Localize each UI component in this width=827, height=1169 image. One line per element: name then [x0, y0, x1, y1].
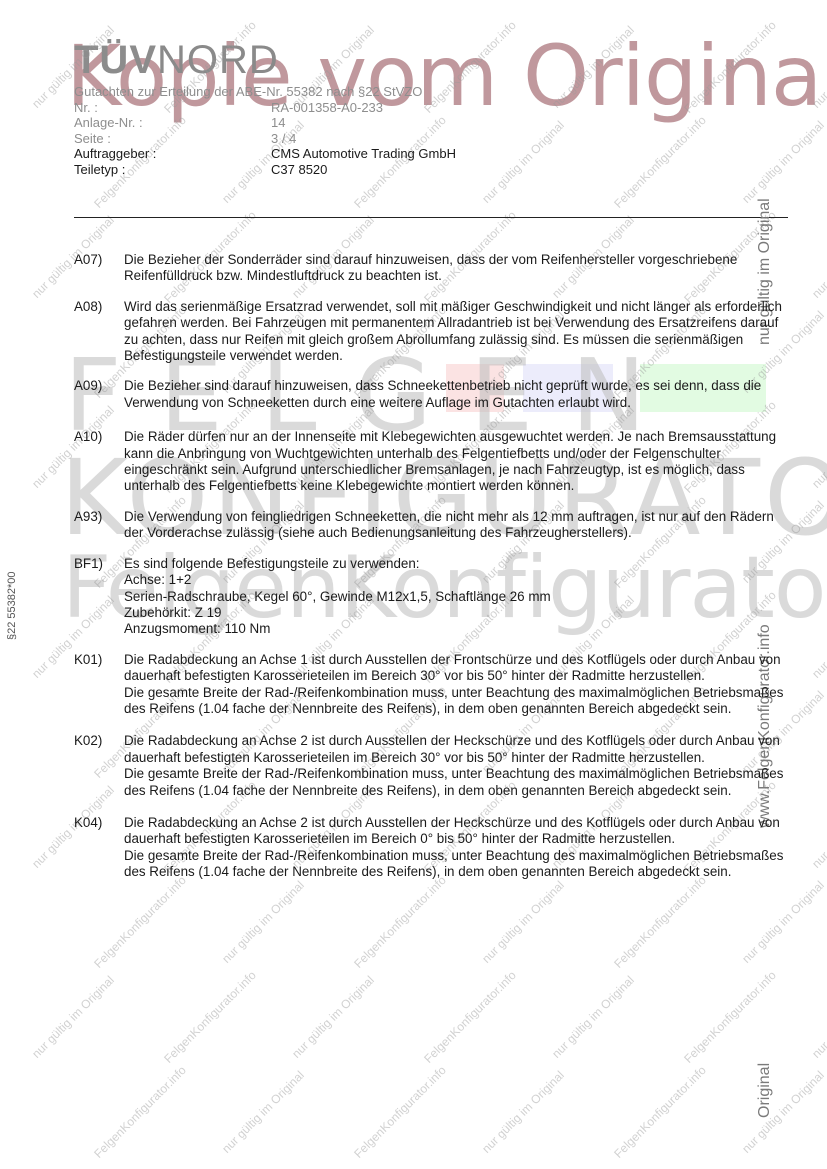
condition-code: K04) — [74, 815, 124, 881]
header-value: C37 8520 — [271, 162, 327, 178]
condition-code: A93) — [74, 509, 124, 542]
side-watermark-bottom: Original — [756, 1063, 774, 1118]
condition-text: Es sind folgende Befestigungsteile zu ve… — [124, 556, 790, 638]
condition-section: A93)Die Verwendung von feingliedrigen Sc… — [74, 509, 790, 542]
diagonal-watermark: nur gültig im Original — [289, 973, 377, 1061]
tuv-nord-logo: TÜVNORD — [74, 40, 279, 80]
diagonal-watermark: nur gültig im Original — [29, 973, 117, 1061]
diagonal-watermark: FelgenKonfigurator.info — [91, 873, 189, 971]
diagonal-watermark: FelgenKonfigurator.info — [351, 873, 449, 971]
header-value: 3 / 4 — [271, 131, 296, 147]
condition-text: Wird das serienmäßige Ersatzrad verwende… — [124, 299, 790, 365]
header-row: Seite :3 / 4 — [74, 131, 456, 147]
diagonal-watermark: nur gültig im Original — [809, 973, 827, 1061]
document-page: Kopie vom Original TÜVNORD Gutachten zur… — [0, 0, 827, 1169]
diagonal-watermark: nur gültig im Original — [479, 1068, 567, 1156]
header-row: Anlage-Nr. :14 — [74, 115, 456, 131]
diagonal-watermark: FelgenKonfigurator.info — [611, 113, 709, 211]
condition-code: K01) — [74, 652, 124, 718]
diagonal-watermark: nur gültig im Original — [739, 118, 827, 206]
diagonal-watermark: FelgenKonfigurator.info — [611, 1063, 709, 1161]
header-row: Teiletyp :C37 8520 — [74, 162, 456, 178]
diagonal-watermark: FelgenKonfigurator.info — [611, 873, 709, 971]
diagonal-watermark: FelgenKonfigurator.info — [421, 968, 519, 1066]
condition-section: K04)Die Radabdeckung an Achse 2 ist durc… — [74, 815, 790, 881]
condition-text: Die Radabdeckung an Achse 2 ist durch Au… — [124, 733, 790, 799]
diagonal-watermark: FelgenKonfigurator.info — [91, 1063, 189, 1161]
header-label: Anlage-Nr. : — [74, 115, 271, 131]
diagonal-watermark: FelgenKonfigurator.info — [351, 1063, 449, 1161]
diagonal-watermark: nur gültig im Original — [809, 783, 827, 871]
diagonal-watermark: nur gültig im Original — [479, 118, 567, 206]
condition-text: Die Bezieher sind darauf hinzuweisen, da… — [124, 378, 790, 411]
diagonal-watermark: nur gültig im Original — [549, 973, 637, 1061]
condition-section: K02)Die Radabdeckung an Achse 2 ist durc… — [74, 733, 790, 799]
header-value: 14 — [271, 115, 285, 131]
condition-text: Die Bezieher der Sonderräder sind darauf… — [124, 252, 790, 285]
header-label: Auftraggeber : — [74, 146, 271, 162]
condition-code: A08) — [74, 299, 124, 365]
diagonal-watermark: nur gültig im Original — [219, 878, 307, 966]
diagonal-watermark: nur gültig im Original — [809, 213, 827, 301]
condition-section: K01)Die Radabdeckung an Achse 1 ist durc… — [74, 652, 790, 718]
diagonal-watermark: FelgenKonfigurator.info — [681, 968, 779, 1066]
condition-code: K02) — [74, 733, 124, 799]
diagonal-watermark: nur gültig im Original — [479, 878, 567, 966]
condition-section: A08)Wird das serienmäßige Ersatzrad verw… — [74, 299, 790, 365]
condition-section: A09)Die Bezieher sind darauf hinzuweisen… — [74, 378, 790, 411]
document-title: Gutachten zur Erteilung der ABE-Nr. 5538… — [74, 84, 456, 100]
header-label: Seite : — [74, 131, 271, 147]
condition-text: Die Radabdeckung an Achse 2 ist durch Au… — [124, 815, 790, 881]
diagonal-watermark: FelgenKonfigurator.info — [161, 968, 259, 1066]
header-label: Nr. : — [74, 100, 271, 116]
condition-text: Die Räder dürfen nur an der Innenseite m… — [124, 429, 790, 495]
left-margin-reference: §22 55382*00 — [6, 571, 18, 640]
condition-code: A09) — [74, 378, 124, 411]
header-value: RA-001358-A0-233 — [271, 100, 383, 116]
diagonal-watermark: nur gültig im Original — [739, 1068, 827, 1156]
condition-code: A10) — [74, 429, 124, 495]
header-divider — [74, 217, 788, 218]
header-value: CMS Automotive Trading GmbH — [271, 146, 456, 162]
condition-code: A07) — [74, 252, 124, 285]
condition-section: A07)Die Bezieher der Sonderräder sind da… — [74, 252, 790, 285]
document-body: A07)Die Bezieher der Sonderräder sind da… — [74, 252, 790, 881]
diagonal-watermark: nur gültig im Original — [739, 878, 827, 966]
document-header: Gutachten zur Erteilung der ABE-Nr. 5538… — [74, 84, 456, 177]
condition-text: Die Radabdeckung an Achse 1 ist durch Au… — [124, 652, 790, 718]
condition-text: Die Verwendung von feingliedrigen Schnee… — [124, 509, 790, 542]
condition-section: BF1)Es sind folgende Befestigungsteile z… — [74, 556, 790, 638]
condition-section: A10)Die Räder dürfen nur an der Innensei… — [74, 429, 790, 495]
diagonal-watermark: nur gültig im Original — [219, 1068, 307, 1156]
header-label: Teiletyp : — [74, 162, 271, 178]
condition-code: BF1) — [74, 556, 124, 638]
header-row: Auftraggeber :CMS Automotive Trading Gmb… — [74, 146, 456, 162]
header-row: Nr. :RA-001358-A0-233 — [74, 100, 456, 116]
